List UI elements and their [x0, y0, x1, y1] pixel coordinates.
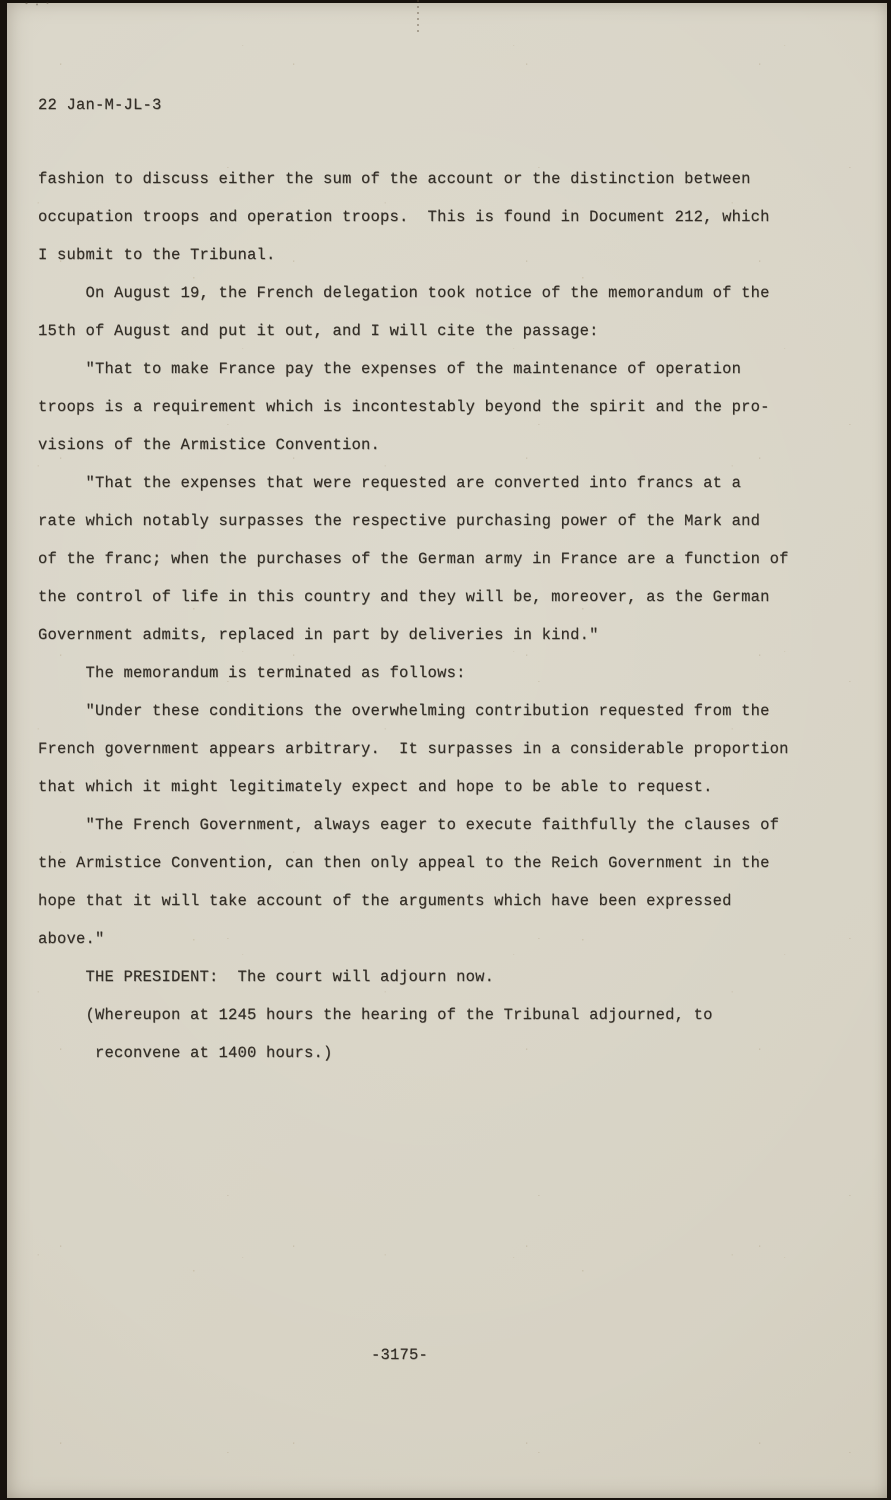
typed-line: the control of life in this country and … — [38, 578, 789, 616]
typed-line: "That to make France pay the expenses of… — [38, 350, 789, 388]
typed-line: THE PRESIDENT: The court will adjourn no… — [38, 958, 789, 996]
transcript-body: fashion to discuss either the sum of the… — [38, 160, 789, 1072]
typed-line: the Armistice Convention, can then only … — [38, 844, 789, 882]
typed-line: reconvene at 1400 hours.) — [38, 1034, 789, 1072]
typed-line: 15th of August and put it out, and I wil… — [38, 312, 789, 350]
typed-line: that which it might legitimately expect … — [38, 768, 789, 806]
fold-mark — [417, 0, 419, 32]
typed-line: above." — [38, 920, 789, 958]
transcript-header: 22 Jan-M-JL-3 — [38, 93, 162, 117]
typed-line: I submit to the Tribunal. — [38, 236, 789, 274]
typed-line: The memorandum is terminated as follows: — [38, 654, 789, 692]
typed-line: Government admits, replaced in part by d… — [38, 616, 789, 654]
typed-line: of the franc; when the purchases of the … — [38, 540, 789, 578]
typed-line: hope that it will take account of the ar… — [38, 882, 789, 920]
typed-line: On August 19, the French delegation took… — [38, 274, 789, 312]
typed-line: French government appears arbitrary. It … — [38, 730, 789, 768]
typed-line: fashion to discuss either the sum of the… — [38, 160, 789, 198]
typed-line: troops is a requirement which is inconte… — [38, 388, 789, 426]
typed-line: (Whereupon at 1245 hours the hearing of … — [38, 996, 789, 1034]
typed-line: rate which notably surpasses the respect… — [38, 502, 789, 540]
typed-line: "The French Government, always eager to … — [38, 806, 789, 844]
scanned-document-page: 22 Jan-M-JL-3 fashion to discuss either … — [0, 0, 891, 1500]
typed-line: "That the expenses that were requested a… — [38, 464, 789, 502]
page-content: 22 Jan-M-JL-3 fashion to discuss either … — [0, 0, 891, 1500]
typed-line: visions of the Armistice Convention. — [38, 426, 789, 464]
scan-edge-artifact — [22, 0, 52, 8]
typed-line: occupation troops and operation troops. … — [38, 198, 789, 236]
page-number: -3175- — [371, 1340, 428, 1370]
typed-line: "Under these conditions the overwhelming… — [38, 692, 789, 730]
